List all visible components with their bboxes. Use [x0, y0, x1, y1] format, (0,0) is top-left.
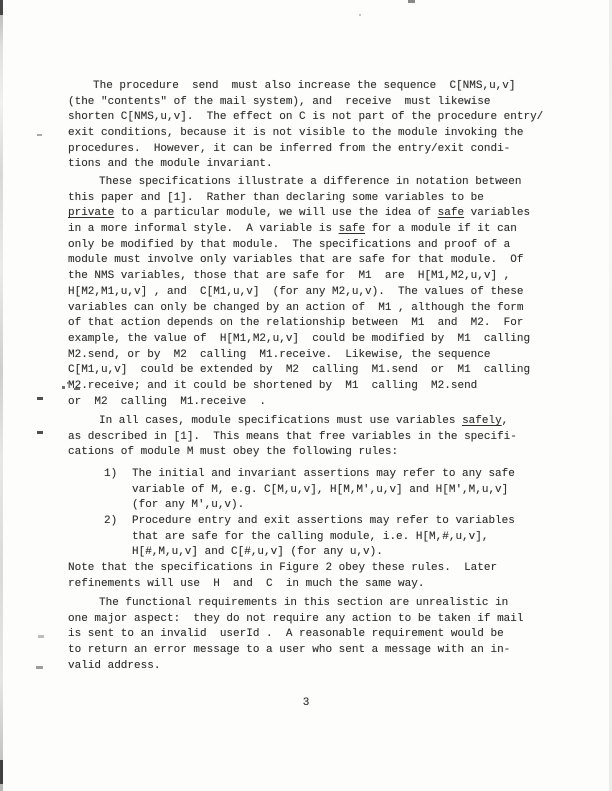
text-line: of that action depends on the relationsh…	[68, 316, 530, 332]
text-line: is sent to an invalid userId . A reasona…	[68, 627, 523, 643]
scanned-paper-page: The procedure send must also increase th…	[0, 0, 612, 791]
scan-artifact	[37, 431, 43, 434]
text-segment: to a particular module, we will use the …	[114, 207, 437, 219]
scan-artifact	[74, 388, 80, 390]
underlined-word: safe	[438, 207, 464, 219]
text-line: In all cases, module specifications must…	[68, 414, 517, 430]
scan-artifact	[0, 760, 3, 784]
note-after-list: Note that the specifications in Figure 2…	[68, 561, 497, 592]
text-line: tions and the module invariant.	[68, 157, 543, 173]
text-line: exit conditions, because it is not visib…	[68, 126, 543, 142]
text-line: one major aspect: they do not require an…	[68, 612, 523, 628]
text-line: that are safe for the calling module, i.…	[68, 530, 515, 546]
scan-artifact	[38, 635, 44, 638]
list-marker: 2)	[104, 514, 117, 530]
text-line: example, the value of H[M1,M2,u,v] could…	[68, 332, 530, 348]
scan-artifact	[36, 666, 43, 669]
text-line: to return an error message to a user who…	[68, 643, 523, 659]
text-line: The initial and invariant assertions may…	[68, 467, 515, 483]
paragraph-safe-variables: These specifications illustrate a differ…	[68, 175, 530, 410]
scan-artifact	[67, 382, 69, 384]
text-line: procedures. However, it can be inferred …	[68, 142, 543, 158]
text-segment: ,	[502, 415, 509, 427]
text-line: The procedure send must also increase th…	[68, 79, 543, 95]
text-segment: In all cases, module specifications must…	[99, 415, 462, 427]
paragraph-rules-intro: In all cases, module specifications must…	[68, 414, 517, 461]
scan-artifact	[0, 0, 3, 15]
underlined-word: safe	[339, 223, 365, 235]
scan-artifact	[0, 0, 3, 791]
text-line: in a more informal style. A variable is …	[68, 222, 530, 238]
text-line: (the "contents" of the mail system), and…	[68, 95, 543, 111]
scan-artifact	[37, 134, 42, 136]
text-line: module must involve only variables that …	[68, 253, 530, 269]
paragraph-send-receive: The procedure send must also increase th…	[68, 79, 543, 173]
text-line: the NMS variables, those that are safe f…	[68, 269, 530, 285]
text-line: shorten C[NMS,u,v]. The effect on C is n…	[68, 110, 543, 126]
text-line: private to a particular module, we will …	[68, 206, 530, 222]
page-number: 3	[0, 696, 612, 712]
list-marker: 1)	[104, 467, 117, 483]
rule-item-1: 1) The initial and invariant assertions …	[68, 467, 515, 514]
text-line: These specifications illustrate a differ…	[68, 175, 530, 191]
underlined-word: private	[68, 207, 114, 219]
text-line: variables can only be changed by an acti…	[68, 301, 530, 317]
scan-artifact	[408, 0, 415, 3]
paragraph-functional-requirements: The functional requirements in this sect…	[68, 596, 523, 674]
text-line: valid address.	[68, 659, 523, 675]
scan-artifact	[359, 14, 361, 16]
rule-item-2: 2) Procedure entry and exit assertions m…	[68, 514, 515, 561]
text-segment: variables	[464, 207, 530, 219]
text-line: Procedure entry and exit assertions may …	[68, 514, 515, 530]
text-line: only be modified by that module. The spe…	[68, 238, 530, 254]
text-line: The functional requirements in this sect…	[68, 596, 523, 612]
text-segment: in a more informal style. A variable is	[68, 223, 339, 235]
text-line: as described in [1]. This means that fre…	[68, 430, 517, 446]
text-line: Note that the specifications in Figure 2…	[68, 561, 497, 577]
text-line: H[M2,M1,u,v] , and C[M1,u,v] (for any M2…	[68, 285, 530, 301]
text-line: refinements will use H and C in much the…	[68, 577, 497, 593]
text-line: cations of module M must obey the follow…	[68, 445, 517, 461]
text-line: H[#,M,u,v] and C[#,u,v] (for any u,v).	[68, 545, 515, 561]
text-line: M2.send, or by M2 calling M1.receive. Li…	[68, 348, 530, 364]
text-line: M2.receive; and it could be shortened by…	[68, 379, 530, 395]
rules-list: 1) The initial and invariant assertions …	[68, 467, 515, 561]
text-line: (for any M',u,v).	[68, 498, 515, 514]
scan-artifact	[37, 397, 43, 400]
text-line: this paper and [1]. Rather than declarin…	[68, 191, 530, 207]
text-segment: for a module if it can	[365, 223, 517, 235]
scan-artifact	[62, 386, 65, 389]
underlined-word: safely	[462, 415, 502, 427]
text-line: C[M1,u,v] could be extended by M2 callin…	[68, 363, 530, 379]
text-line: or M2 calling M1.receive .	[68, 395, 530, 411]
text-line: variable of M, e.g. C[M,u,v], H[M,M',u,v…	[68, 483, 515, 499]
